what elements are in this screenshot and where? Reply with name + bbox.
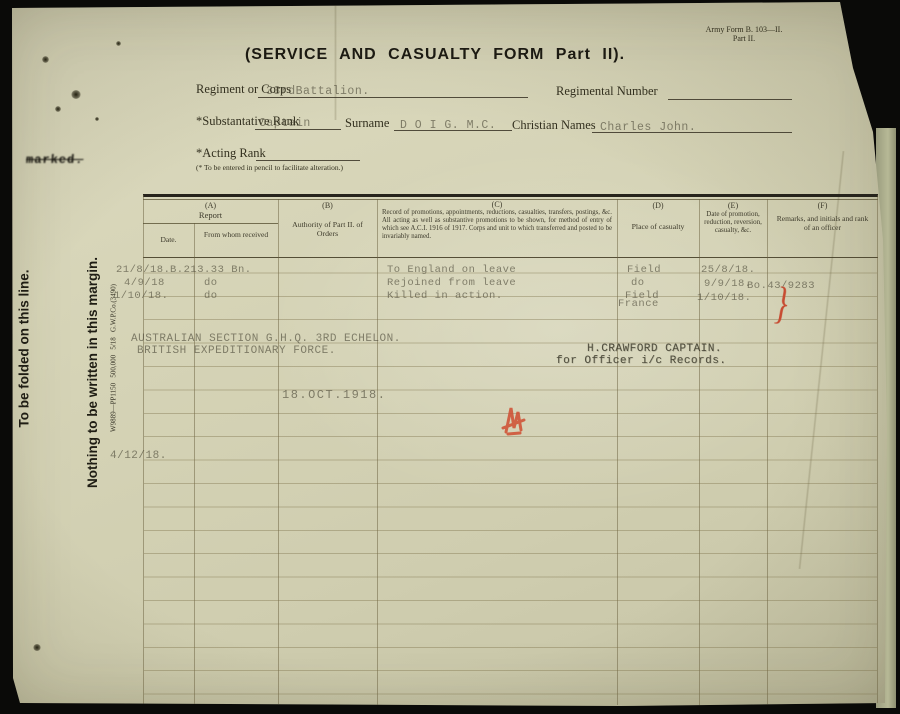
table-top-thick-rule bbox=[143, 194, 878, 197]
col-c-title: Record of promotions, appointments, redu… bbox=[382, 209, 612, 241]
pencil-footnote: (* To be entered in pencil to facilitate… bbox=[196, 163, 343, 172]
row2-place: do bbox=[631, 277, 645, 289]
row1-event-date: 25/8/18. bbox=[701, 264, 755, 276]
ink-spot bbox=[55, 106, 61, 112]
rank-value: Captain bbox=[259, 117, 311, 130]
row1-record: To England on leave bbox=[387, 264, 516, 276]
row2-event-date: 9/9/18. bbox=[704, 278, 752, 290]
red-scribble-mark bbox=[498, 404, 530, 438]
surname-value: D O I G. M.C. bbox=[400, 119, 496, 132]
margin-date: 4/12/18. bbox=[110, 450, 167, 462]
christian-names-value: Charles John. bbox=[600, 121, 696, 134]
ink-spot bbox=[95, 117, 99, 121]
form-part-line: Part II. bbox=[733, 34, 755, 43]
col-f-title: Remarks, and initials and rank of an off… bbox=[775, 214, 870, 232]
col-f-letter: (F) bbox=[767, 201, 878, 210]
col-b-title: Authority of Part II. of Orders bbox=[286, 220, 369, 238]
col-a-sub-from: From whom received bbox=[198, 231, 274, 240]
col-c-letter: (C) bbox=[377, 200, 617, 209]
christian-names-label: Christian Names bbox=[512, 118, 596, 133]
col-b-letter: (B) bbox=[278, 201, 377, 210]
report-subheader-rule bbox=[143, 223, 278, 224]
row1-date: 21/8/18. bbox=[116, 264, 170, 276]
acting-rank-underline bbox=[256, 159, 360, 161]
col-a-letter: (A) bbox=[143, 201, 278, 210]
regimental-number-label: Regimental Number bbox=[556, 84, 658, 99]
unit-line-2: BRITISH EXPEDITIONARY FORCE. bbox=[137, 345, 336, 357]
signature-name: H.CRAWFORD CAPTAIN. bbox=[587, 343, 722, 355]
row2-date: 4/9/18 bbox=[124, 277, 165, 289]
service-casualty-form-paper: Army Form B. 103—II. Part II. (SERVICE A… bbox=[0, 0, 900, 714]
regiment-value: 33rdBattalion. bbox=[266, 85, 370, 98]
table-right-border bbox=[877, 195, 878, 705]
col-e-title: Date of promotion, reduction, reversion,… bbox=[703, 210, 763, 235]
nothing-written-margin-text: Nothing to be written in this margin. bbox=[85, 220, 100, 525]
fold-line-margin-text: To be folded on this line. bbox=[17, 214, 32, 484]
signature-role: for Officer i/c Records. bbox=[556, 355, 726, 367]
row1-place: Field bbox=[627, 264, 661, 276]
red-brace-mark: } bbox=[773, 275, 788, 329]
form-number-line: Army Form B. 103—II. bbox=[706, 25, 783, 34]
scanned-document-background: Army Form B. 103—II. Part II. (SERVICE A… bbox=[0, 0, 900, 714]
row1-from: B.213.33 Bn. bbox=[170, 264, 252, 276]
surname-label: Surname bbox=[345, 116, 389, 131]
ink-spot bbox=[42, 56, 49, 63]
unit-line-1: AUSTRALIAN SECTION G.H.Q. 3RD ECHELON. bbox=[131, 333, 401, 345]
army-form-number: Army Form B. 103—II. Part II. bbox=[694, 25, 794, 43]
col-d-letter: (D) bbox=[617, 201, 699, 210]
smudged-typed-text: marked. bbox=[26, 153, 84, 167]
row2-record: Rejoined from leave bbox=[387, 277, 516, 289]
row3-place-overlap: France bbox=[618, 298, 659, 310]
row3-record: Killed in action. bbox=[387, 290, 503, 302]
col-e-letter: (E) bbox=[699, 201, 767, 210]
form-title: (SERVICE AND CASUALTY FORM Part II). bbox=[235, 46, 635, 64]
row3-event-date: 1/10/18. bbox=[697, 292, 751, 304]
ink-spot bbox=[71, 90, 81, 99]
row3-date: 1/10/18. bbox=[114, 290, 168, 302]
col-d-title: Place of casualty bbox=[623, 222, 693, 231]
col-a-title: Report bbox=[143, 210, 278, 220]
date-stamp: 18.OCT.1918. bbox=[282, 388, 386, 402]
col-a-sub-date: Date. bbox=[143, 235, 194, 244]
ink-spot bbox=[33, 644, 41, 651]
row3-from: do bbox=[204, 290, 218, 302]
regimental-number-underline bbox=[668, 98, 792, 100]
row2-from: do bbox=[204, 277, 218, 289]
table-ruled-lines bbox=[144, 250, 877, 705]
ink-spot bbox=[116, 41, 121, 46]
